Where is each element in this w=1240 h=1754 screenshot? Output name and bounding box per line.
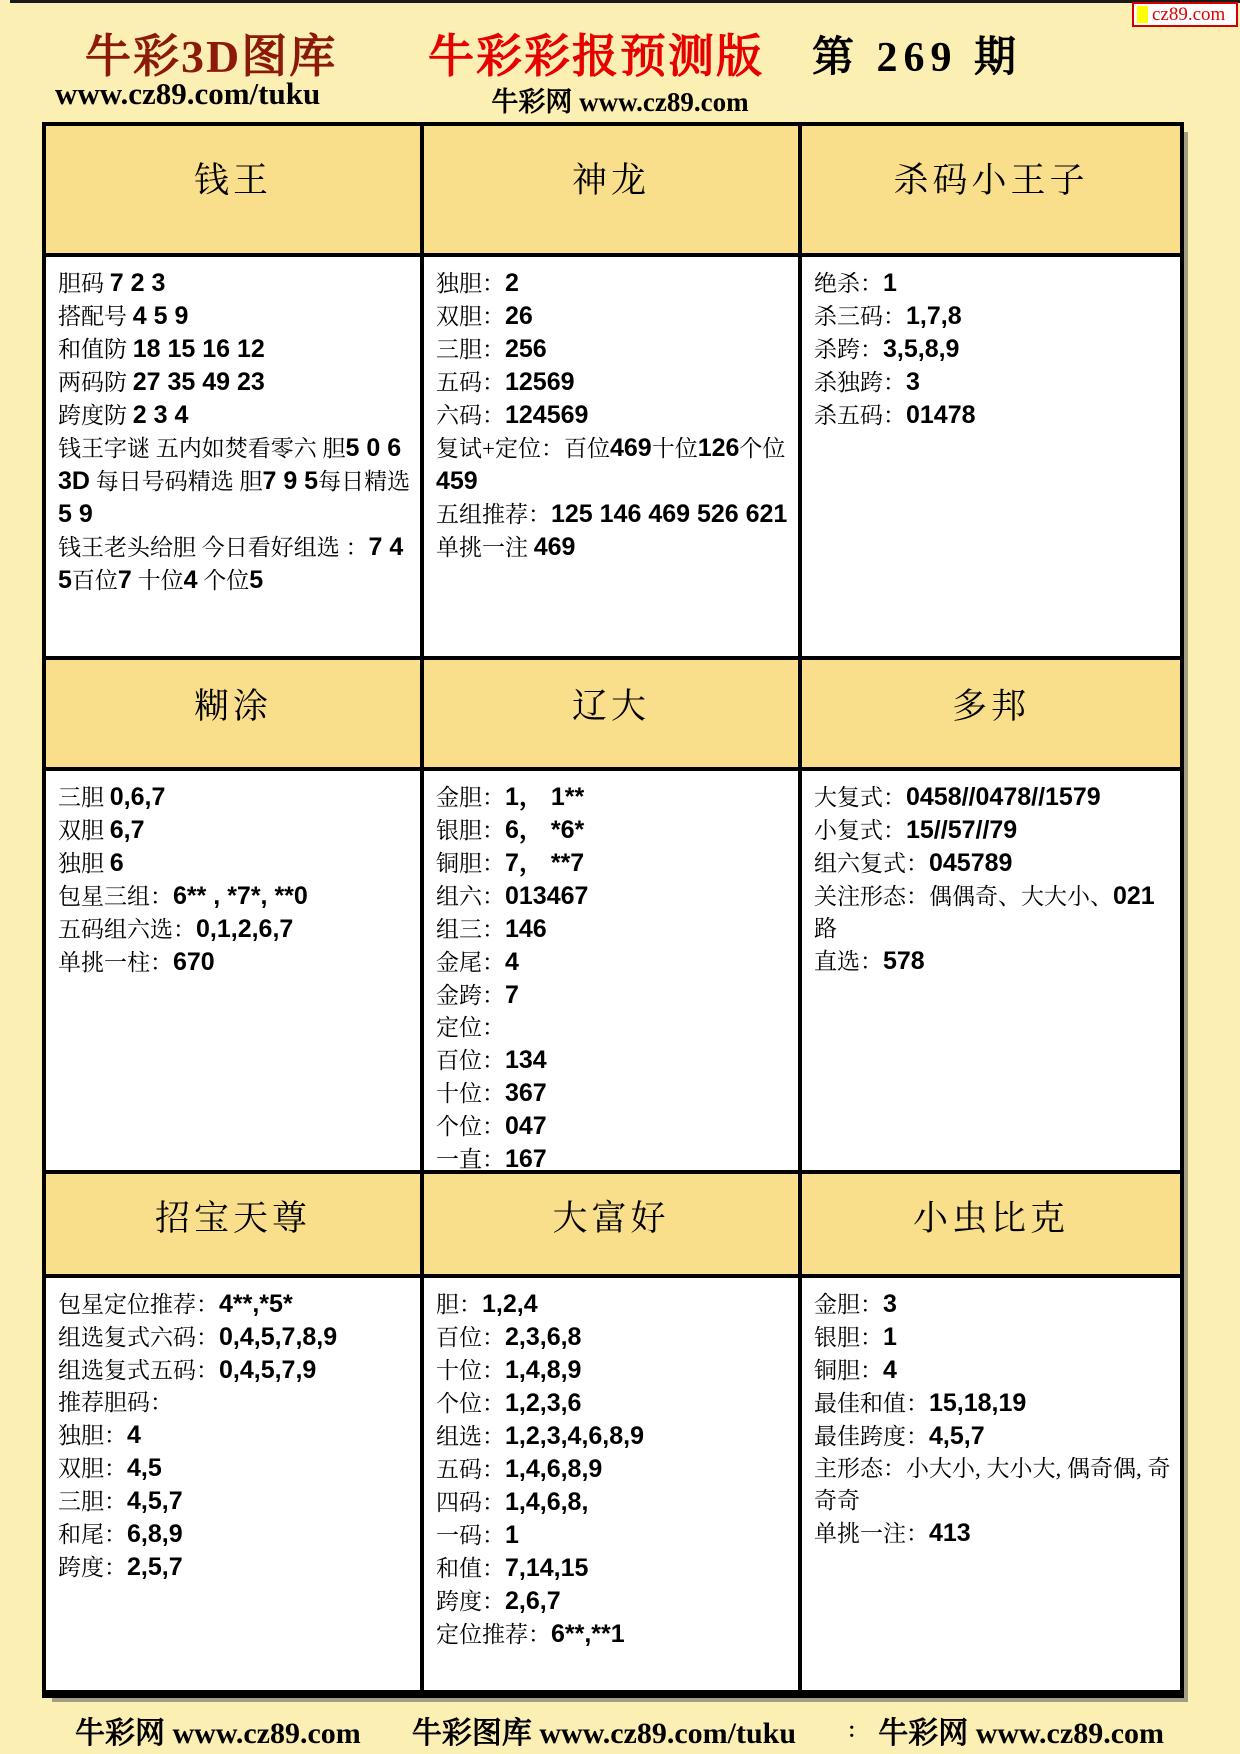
line-label: 推荐胆码：	[58, 1390, 173, 1415]
text-line: 十位：1,4,8,9	[436, 1354, 790, 1387]
text-line: 铜胆：7， **7	[436, 847, 790, 880]
line-value: 1,2,3,4,6,8,9	[505, 1422, 644, 1450]
text-line: 和值防 18 15 16 12	[58, 333, 412, 366]
panel-1: 钱王胆码 7 2 3搭配号 4 5 9和值防 18 15 16 12两码防 27…	[46, 126, 424, 660]
line-label: 定位推荐：	[436, 1622, 551, 1647]
panel-title: 神龙	[424, 126, 798, 257]
line-label: 个位：	[436, 1114, 505, 1139]
text-line: 双胆 6,7	[58, 814, 412, 847]
text-line: 三胆：4,5,7	[58, 1485, 412, 1518]
line-value: 2	[505, 269, 519, 297]
line-label: 组六：	[436, 884, 505, 909]
text-line: 单挑一注：413	[814, 1517, 1172, 1550]
line-label: 组六复式：	[814, 851, 929, 876]
line-value: 1,4,8,9	[505, 1356, 581, 1384]
text-line: 五码：12569	[436, 366, 790, 399]
panel-body: 大复式：0458//0478//1579小复式：15//57//79组六复式：0…	[802, 771, 1180, 978]
line-label: 百位：	[436, 1048, 505, 1073]
text-line: 3D 每日号码精选 胆7 9 5每日精选 5 9	[58, 465, 412, 531]
panel-body: 金胆：3银胆：1铜胆：4最佳和值：15,18,19最佳跨度：4,5,7主形态：小…	[802, 1278, 1180, 1550]
text-line: 个位：047	[436, 1110, 790, 1143]
text-line: 银胆：6， *6*	[436, 814, 790, 847]
line-label: 一直：	[436, 1147, 505, 1172]
panel-title: 杀码小王子	[802, 126, 1180, 257]
text-line: 一直：167	[436, 1143, 790, 1174]
line-value: 4,5,7	[127, 1487, 183, 1515]
line-label: 个位	[739, 436, 785, 461]
line-value: 459	[436, 467, 478, 495]
line-value: 6， *6*	[505, 816, 584, 844]
line-label: 五码：	[436, 370, 505, 395]
text-line: 独胆：2	[436, 267, 790, 300]
line-label: 五码：	[436, 1457, 505, 1482]
line-value: 2 3 4	[133, 401, 189, 429]
line-value: 0,4,5,7,8,9	[219, 1323, 337, 1351]
line-label: 最佳和值：	[814, 1391, 929, 1416]
line-value: 5	[249, 566, 263, 594]
text-line: 搭配号 4 5 9	[58, 300, 412, 333]
line-label: 钱王老头给胆 今日看好组选 ：	[58, 535, 369, 560]
text-line: 钱王老头给胆 今日看好组选 ：7 4 5百位7 十位4 个位5	[58, 531, 412, 597]
line-value: 6**,**1	[551, 1620, 625, 1648]
panel-5: 辽大金胆：1， 1**银胆：6， *6*铜胆：7， **7组六：013467组三…	[424, 660, 802, 1174]
panel-3: 杀码小王子绝杀：1杀三码：1,7,8杀跨：3,5,8,9杀独跨：3杀五码：014…	[802, 126, 1180, 660]
line-value: 12569	[505, 368, 575, 396]
text-line: 组选复式五码：0,4,5,7,9	[58, 1354, 412, 1387]
line-value: 0,6,7	[110, 783, 166, 811]
line-label: 大复式：	[814, 785, 906, 810]
text-line: 三胆 0,6,7	[58, 781, 412, 814]
line-label: 杀三码：	[814, 304, 906, 329]
line-value: 4 5 9	[133, 302, 189, 330]
line-value: 15//57//79	[906, 816, 1017, 844]
line-label: 每日精选	[318, 469, 410, 494]
line-label: 小复式：	[814, 818, 906, 843]
panel-title: 多邦	[802, 660, 1180, 771]
issue-number: 第 269 期	[812, 24, 1022, 84]
line-label: 十位：	[436, 1081, 505, 1106]
line-value: 2,6,7	[505, 1587, 561, 1615]
line-label: 最佳跨度：	[814, 1424, 929, 1449]
line-value: 26	[505, 302, 533, 330]
panel-body: 独胆：2双胆：26三胆：256五码：12569六码：124569复试+定位：百位…	[424, 257, 798, 564]
line-value: 1,4,6,8,9	[505, 1455, 602, 1483]
line-label: 三胆：	[436, 337, 505, 362]
line-label: 关注形态：偶偶奇、大大小、	[814, 884, 1113, 909]
line-label: 搭配号	[58, 304, 133, 329]
line-value: 146	[505, 915, 547, 943]
line-label: 杀独跨：	[814, 370, 906, 395]
site-url: 牛彩网 www.cz89.com	[0, 80, 1240, 119]
text-line: 组选复式六码：0,4,5,7,8,9	[58, 1321, 412, 1354]
line-value: 4,5,7	[929, 1422, 985, 1450]
line-value: 413	[929, 1519, 971, 1547]
panel-title: 糊涂	[46, 660, 420, 771]
line-value: 256	[505, 335, 547, 363]
site-badge: cz89.com	[1132, 2, 1238, 27]
line-value: 1,4,6,8,	[505, 1488, 588, 1516]
panel-body: 绝杀：1杀三码：1,7,8杀跨：3,5,8,9杀独跨：3杀五码：01478	[802, 257, 1180, 432]
line-value: 021	[1113, 882, 1155, 910]
line-label: 和尾：	[58, 1522, 127, 1547]
line-label: 金胆：	[814, 1292, 883, 1317]
top-edge-line	[10, 0, 1240, 3]
text-line: 杀跨：3,5,8,9	[814, 333, 1172, 366]
text-line: 双胆：4,5	[58, 1452, 412, 1485]
panel-body: 三胆 0,6,7双胆 6,7独胆 6包星三组：6** , *7*, **0五码组…	[46, 771, 420, 979]
text-line: 跨度防 2 3 4	[58, 399, 412, 432]
line-label: 杀跨：	[814, 337, 883, 362]
line-label: 百位：	[436, 1325, 505, 1350]
line-value: 7	[505, 981, 519, 1009]
line-value: 045789	[929, 849, 1012, 877]
text-line: 胆：1,2,4	[436, 1288, 790, 1321]
line-value: 4**,*5*	[219, 1290, 293, 1318]
text-line: 关注形态：偶偶奇、大大小、021路	[814, 880, 1172, 945]
text-line: 杀三码：1,7,8	[814, 300, 1172, 333]
line-value: 469	[610, 434, 652, 462]
text-line: 定位推荐：6**,**1	[436, 1618, 790, 1651]
panel-title: 小虫比克	[802, 1174, 1180, 1278]
text-line: 五码组六选：0,1,2,6,7	[58, 913, 412, 946]
line-value: 167	[505, 1145, 547, 1173]
line-label: 单挑一柱：	[58, 950, 173, 975]
line-label: 十位	[132, 568, 184, 593]
line-value: 3	[906, 368, 920, 396]
line-label: 独胆	[58, 851, 110, 876]
line-label: 六码：	[436, 403, 505, 428]
text-line: 三胆：256	[436, 333, 790, 366]
line-label: 铜胆：	[814, 1358, 883, 1383]
panel-6: 多邦大复式：0458//0478//1579小复式：15//57//79组六复式…	[802, 660, 1180, 1174]
line-label: 胆码	[58, 271, 110, 296]
line-label: 银胆：	[814, 1325, 883, 1350]
line-label: 钱王字谜 五内如焚看零六 胆	[58, 436, 346, 461]
text-line: 铜胆：4	[814, 1354, 1172, 1387]
panel-body: 金胆：1， 1**银胆：6， *6*铜胆：7， **7组六：013467组三：1…	[424, 771, 798, 1174]
text-line: 单挑一柱：670	[58, 946, 412, 979]
footer: 牛彩网 www.cz89.com 牛彩图库 www.cz89.com/tuku …	[42, 1708, 1184, 1752]
line-label: 组选复式五码：	[58, 1358, 219, 1383]
text-line: 银胆：1	[814, 1321, 1172, 1354]
text-line: 组六：013467	[436, 880, 790, 913]
panel-2: 神龙独胆：2双胆：26三胆：256五码：12569六码：124569复试+定位：…	[424, 126, 802, 660]
panel-9: 小虫比克金胆：3银胆：1铜胆：4最佳和值：15,18,19最佳跨度：4,5,7主…	[802, 1174, 1180, 1690]
line-label: 绝杀：	[814, 271, 883, 296]
line-label: 包星三组：	[58, 884, 173, 909]
line-value: 1	[883, 269, 897, 297]
line-value: 7， **7	[505, 849, 584, 877]
line-label: 一码：	[436, 1523, 505, 1548]
line-label: 五码组六选：	[58, 917, 196, 942]
line-label: 铜胆：	[436, 851, 505, 876]
text-line: 组六复式：045789	[814, 847, 1172, 880]
text-line: 个位：1,2,3,6	[436, 1387, 790, 1420]
text-line: 绝杀：1	[814, 267, 1172, 300]
line-label: 定位：	[436, 1015, 505, 1040]
line-value: 15,18,19	[929, 1389, 1026, 1417]
footer-separator: ：	[847, 1714, 867, 1743]
panel-title: 辽大	[424, 660, 798, 771]
line-value: 0,1,2,6,7	[196, 915, 293, 943]
line-label: 独胆：	[58, 1423, 127, 1448]
text-line: 十位：367	[436, 1077, 790, 1110]
line-label: 金尾：	[436, 950, 505, 975]
line-label: 双胆	[58, 818, 110, 843]
line-value: 124569	[505, 401, 588, 429]
panel-title: 钱王	[46, 126, 420, 257]
text-line: 杀独跨：3	[814, 366, 1172, 399]
text-line: 组三：146	[436, 913, 790, 946]
text-line: 独胆 6	[58, 847, 412, 880]
line-label: 双胆：	[436, 304, 505, 329]
line-label: 金胆：	[436, 785, 505, 810]
line-value: 0,4,5,7,9	[219, 1356, 316, 1384]
line-value: 578	[883, 947, 925, 975]
panel-body: 包星定位推荐：4**,*5*组选复式六码：0,4,5,7,8,9组选复式五码：0…	[46, 1278, 420, 1584]
text-line: 金跨：7	[436, 979, 790, 1012]
text-line: 金胆：1， 1**	[436, 781, 790, 814]
line-value: 670	[173, 948, 215, 976]
line-value: 469	[534, 533, 576, 561]
line-value: 1,2,4	[482, 1290, 538, 1318]
line-label: 单挑一注	[436, 535, 534, 560]
text-line: 单挑一注 469	[436, 531, 790, 564]
line-value: 134	[505, 1046, 547, 1074]
line-label: 每日号码精选 胆	[90, 469, 263, 494]
line-label: 百位	[72, 568, 118, 593]
text-line: 主形态：小大小, 大小大, 偶奇偶, 奇奇奇	[814, 1453, 1172, 1517]
text-line: 跨度：2,5,7	[58, 1551, 412, 1584]
line-value: 0458//0478//1579	[906, 783, 1101, 811]
text-line: 和值：7,14,15	[436, 1552, 790, 1585]
text-line: 大复式：0458//0478//1579	[814, 781, 1172, 814]
line-value: 5 0 6	[346, 434, 402, 462]
line-value: 3D	[58, 467, 90, 495]
text-line: 和尾：6,8,9	[58, 1518, 412, 1551]
line-value: 3	[883, 1290, 897, 1318]
text-line: 百位：2,3,6,8	[436, 1321, 790, 1354]
line-value: 013467	[505, 882, 588, 910]
line-value: 7	[118, 566, 132, 594]
line-label: 路	[814, 916, 837, 941]
text-line: 双胆：26	[436, 300, 790, 333]
line-label: 个位：	[436, 1391, 505, 1416]
line-label: 跨度：	[436, 1589, 505, 1614]
prediction-grid: 钱王胆码 7 2 3搭配号 4 5 9和值防 18 15 16 12两码防 27…	[42, 122, 1184, 1698]
line-value: 4	[883, 1356, 897, 1384]
line-label: 四码：	[436, 1490, 505, 1515]
text-line: 五码：1,4,6,8,9	[436, 1453, 790, 1486]
text-line: 复试+定位：百位469十位126个位459	[436, 432, 790, 498]
line-value: 047	[505, 1112, 547, 1140]
line-label: 两码防	[58, 370, 133, 395]
footer-site-right: 牛彩网 www.cz89.com	[878, 1708, 1164, 1752]
line-value: 7 9 5	[262, 467, 318, 495]
line-label: 十位	[652, 436, 698, 461]
line-label: 三胆：	[58, 1489, 127, 1514]
line-value: 2,5,7	[127, 1553, 183, 1581]
line-value: 4	[127, 1421, 141, 1449]
line-value: 7 2 3	[110, 269, 166, 297]
line-value: 367	[505, 1079, 547, 1107]
text-line: 杀五码：01478	[814, 399, 1172, 432]
text-line: 小复式：15//57//79	[814, 814, 1172, 847]
line-label: 胆：	[436, 1292, 482, 1317]
line-label: 跨度防	[58, 403, 133, 428]
text-line: 独胆：4	[58, 1419, 412, 1452]
line-label: 复试+定位：百位	[436, 436, 610, 461]
line-value: 6,8,9	[127, 1520, 183, 1548]
line-value: 1	[505, 1521, 519, 1549]
text-line: 钱王字谜 五内如焚看零六 胆5 0 6	[58, 432, 412, 465]
panel-body: 胆码 7 2 3搭配号 4 5 9和值防 18 15 16 12两码防 27 3…	[46, 257, 420, 597]
footer-tuku: 牛彩图库 www.cz89.com/tuku	[412, 1708, 796, 1752]
line-label: 个位	[197, 568, 249, 593]
badge-yellow-square-icon	[1137, 6, 1148, 23]
line-label: 直选：	[814, 949, 883, 974]
text-line: 百位：134	[436, 1044, 790, 1077]
line-value: 4,5	[127, 1454, 162, 1482]
text-line: 胆码 7 2 3	[58, 267, 412, 300]
text-line: 跨度：2,6,7	[436, 1585, 790, 1618]
text-line: 金尾：4	[436, 946, 790, 979]
text-line: 组选：1,2,3,4,6,8,9	[436, 1420, 790, 1453]
line-label: 单挑一注：	[814, 1521, 929, 1546]
text-line: 金胆：3	[814, 1288, 1172, 1321]
line-value: 6	[110, 849, 124, 877]
line-value: 4	[505, 948, 519, 976]
line-label: 十位：	[436, 1358, 505, 1383]
line-value: 01478	[906, 401, 976, 429]
text-line: 包星定位推荐：4**,*5*	[58, 1288, 412, 1321]
line-value: 6** , *7*, **0	[173, 882, 308, 910]
line-label: 组三：	[436, 917, 505, 942]
text-line: 包星三组：6** , *7*, **0	[58, 880, 412, 913]
text-line: 五组推荐：125 146 469 526 621	[436, 498, 790, 531]
line-value: 1	[883, 1323, 897, 1351]
line-label: 组选：	[436, 1424, 505, 1449]
text-line: 最佳和值：15,18,19	[814, 1387, 1172, 1420]
text-line: 定位：	[436, 1012, 790, 1044]
text-line: 推荐胆码：	[58, 1387, 412, 1419]
line-label: 跨度：	[58, 1555, 127, 1580]
text-line: 六码：124569	[436, 399, 790, 432]
line-label: 独胆：	[436, 271, 505, 296]
line-value: 125 146 469 526 621	[551, 500, 787, 528]
text-line: 两码防 27 35 49 23	[58, 366, 412, 399]
line-value: 3,5,8,9	[883, 335, 959, 363]
text-line: 直选：578	[814, 945, 1172, 978]
line-value: 7,14,15	[505, 1554, 588, 1582]
text-line: 最佳跨度：4,5,7	[814, 1420, 1172, 1453]
panel-title: 大富好	[424, 1174, 798, 1278]
line-label: 三胆	[58, 785, 110, 810]
line-value: 1,7,8	[906, 302, 962, 330]
panel-body: 胆：1,2,4百位：2,3,6,8十位：1,4,8,9个位：1,2,3,6组选：…	[424, 1278, 798, 1651]
line-value: 27 35 49 23	[133, 368, 265, 396]
page-title: 牛彩彩报预测版	[428, 20, 764, 86]
line-value: 2,3,6,8	[505, 1323, 581, 1351]
footer-site-left: 牛彩网 www.cz89.com	[75, 1708, 361, 1752]
panel-7: 招宝天尊包星定位推荐：4**,*5*组选复式六码：0,4,5,7,8,9组选复式…	[46, 1174, 424, 1690]
line-value: 1， 1**	[505, 783, 584, 811]
line-value: 1,2,3,6	[505, 1389, 581, 1417]
badge-text: cz89.com	[1152, 5, 1225, 24]
line-label: 和值防	[58, 337, 133, 362]
panel-8: 大富好胆：1,2,4百位：2,3,6,8十位：1,4,8,9个位：1,2,3,6…	[424, 1174, 802, 1690]
text-line: 四码：1,4,6,8,	[436, 1486, 790, 1519]
line-value: 4	[184, 566, 198, 594]
line-label: 五组推荐：	[436, 502, 551, 527]
line-label: 和值：	[436, 1556, 505, 1581]
line-label: 主形态：小大小, 大小大, 偶奇偶, 奇奇奇	[814, 1456, 1171, 1513]
panel-title: 招宝天尊	[46, 1174, 420, 1278]
line-label: 杀五码：	[814, 403, 906, 428]
line-label: 双胆：	[58, 1456, 127, 1481]
text-line: 一码：1	[436, 1519, 790, 1552]
line-label: 包星定位推荐：	[58, 1292, 219, 1317]
line-value: 6,7	[110, 816, 145, 844]
line-label: 组选复式六码：	[58, 1325, 219, 1350]
line-value: 126	[698, 434, 740, 462]
line-value: 18 15 16 12	[133, 335, 265, 363]
panel-4: 糊涂三胆 0,6,7双胆 6,7独胆 6包星三组：6** , *7*, **0五…	[46, 660, 424, 1174]
line-label: 银胆：	[436, 818, 505, 843]
line-value: 5 9	[58, 500, 93, 528]
line-label: 金跨：	[436, 983, 505, 1008]
